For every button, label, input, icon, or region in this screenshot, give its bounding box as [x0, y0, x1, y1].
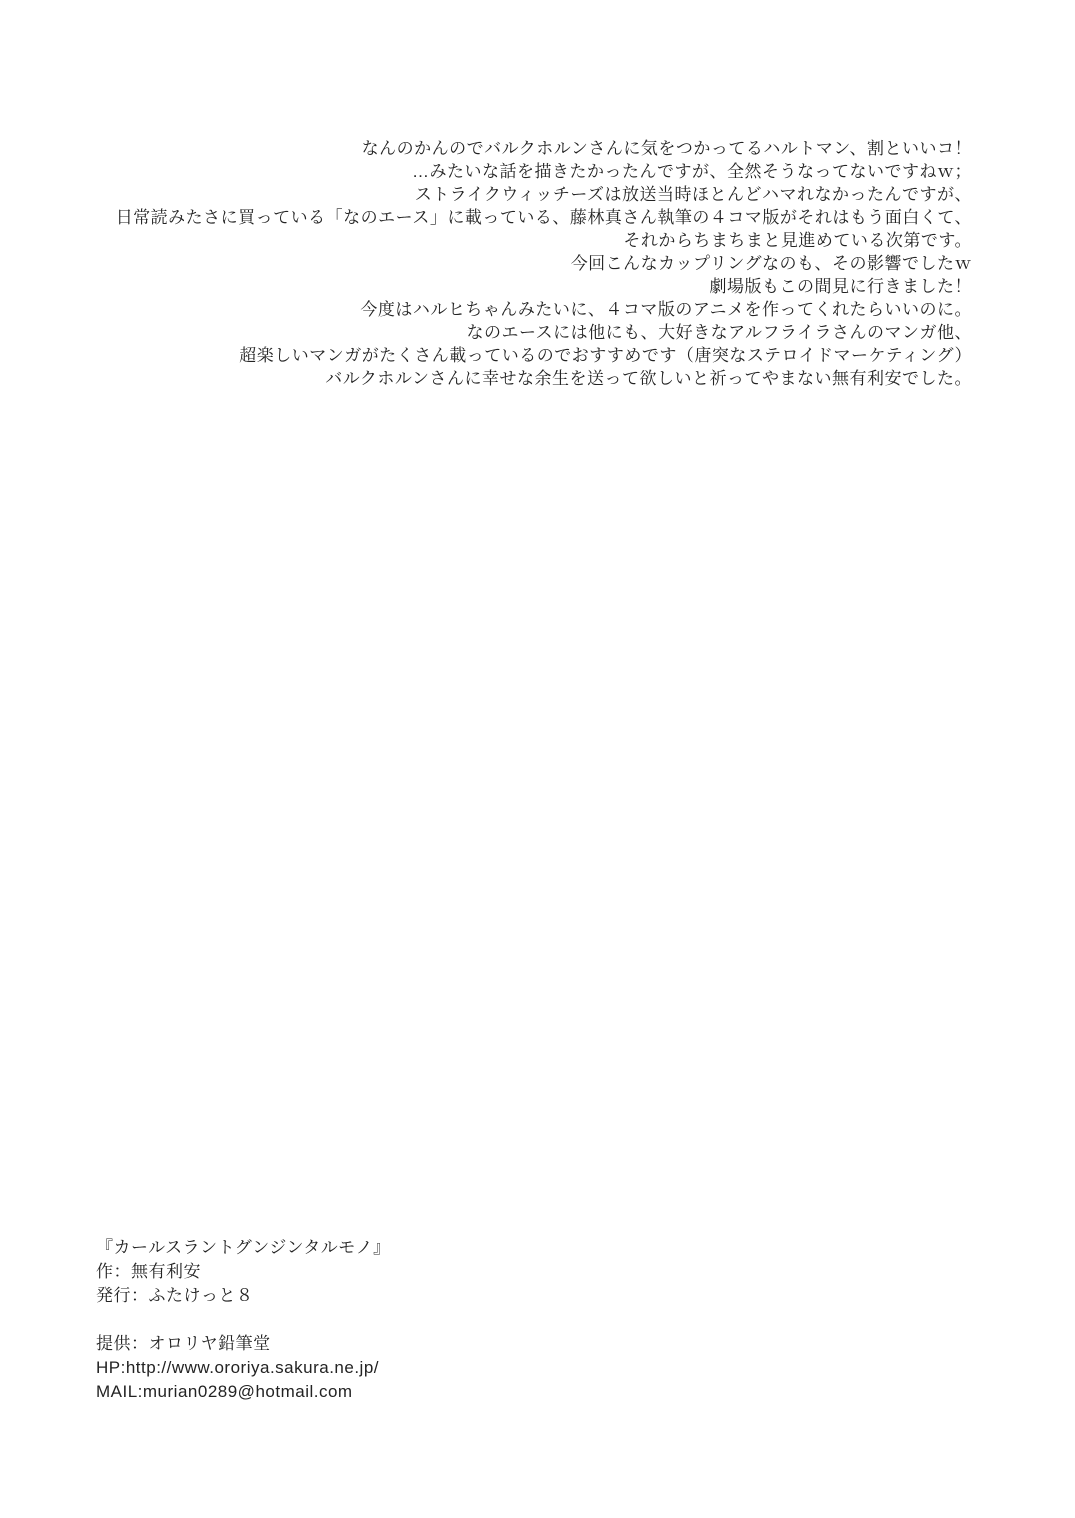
provider-line: 提供：オロリヤ鉛筆堂 — [96, 1332, 391, 1356]
afterword-line: バルクホルンさんに幸せな余生を送って欲しいと祈ってやまない無有利安でした。 — [100, 367, 972, 390]
publisher-line: 発行：ふたけっと８ — [96, 1284, 391, 1308]
colophon-block: 『カールスラントグンジンタルモノ』 作：無有利安 発行：ふたけっと８ 提供：オロ… — [96, 1236, 391, 1404]
doujin-title: 『カールスラントグンジンタルモノ』 — [96, 1236, 391, 1260]
afterword-text-block: なんのかんのでバルクホルンさんに気をつかってるハルトマン、割といいコ！ …みたい… — [100, 137, 972, 390]
afterword-line: 今度はハルヒちゃんみたいに、４コマ版のアニメを作ってくれたらいいのに。 — [100, 298, 972, 321]
afterword-line: 日常読みたさに買っている「なのエース」に載っている、藤林真さん執筆の４コマ版がそ… — [100, 206, 972, 229]
colophon-spacer — [96, 1308, 391, 1332]
afterword-line: 今回こんなカップリングなのも、その影響でしたｗ — [100, 252, 972, 275]
email-line: MAIL:murian0289@hotmail.com — [96, 1380, 391, 1404]
afterword-line: 超楽しいマンガがたくさん載っているのでおすすめです（唐突なステロイドマーケティン… — [100, 344, 972, 367]
doujinshi-afterword-page: なんのかんのでバルクホルンさんに気をつかってるハルトマン、割といいコ！ …みたい… — [0, 0, 1075, 1518]
website-line: HP:http://www.ororiya.sakura.ne.jp/ — [96, 1356, 391, 1380]
afterword-line: それからちまちまと見進めている次第です。 — [100, 229, 972, 252]
afterword-line: 劇場版もこの間見に行きました！ — [100, 275, 972, 298]
afterword-line: ストライクウィッチーズは放送当時ほとんどハマれなかったんですが、 — [100, 183, 972, 206]
author-line: 作：無有利安 — [96, 1260, 391, 1284]
afterword-line: なんのかんのでバルクホルンさんに気をつかってるハルトマン、割といいコ！ — [100, 137, 972, 160]
afterword-line: なのエースには他にも、大好きなアルフライラさんのマンガ他、 — [100, 321, 972, 344]
afterword-line: …みたいな話を描きたかったんですが、全然そうなってないですねｗ； — [100, 160, 972, 183]
